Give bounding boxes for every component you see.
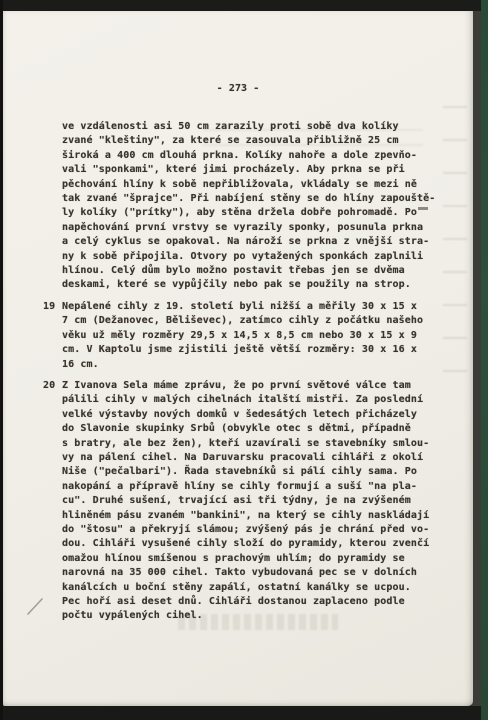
book-edge-green <box>481 0 488 720</box>
scan-background-bottom <box>0 706 481 720</box>
footnote-number: 20 <box>43 379 55 393</box>
footnote-20: 20 Z Ivanova Sela máme zprávu, že po prv… <box>62 379 458 624</box>
footnote-text: Nepálené cihly z 19. století byli nižší … <box>62 300 458 372</box>
paragraph-text: ve vzdálenosti asi 50 cm zarazily proti … <box>62 120 458 293</box>
page-number: - 273 - <box>3 82 473 96</box>
pencil-check-mark <box>25 595 47 617</box>
scanned-page: - 273 - ve vzdálenosti asi 50 cm zarazil… <box>3 11 473 706</box>
footnote-text: Z Ivanova Sela máme zprávu, že po první … <box>62 379 458 624</box>
footnote-number: 19 <box>43 300 55 314</box>
scan-background-right <box>472 0 481 720</box>
footnote-19: 19 Nepálené cihly z 19. století byli niž… <box>62 300 458 372</box>
text-block: ve vzdálenosti asi 50 cm zarazily proti … <box>62 120 458 624</box>
paragraph-continuation: ve vzdálenosti asi 50 cm zarazily proti … <box>62 120 458 293</box>
scan-background-top <box>0 0 481 11</box>
